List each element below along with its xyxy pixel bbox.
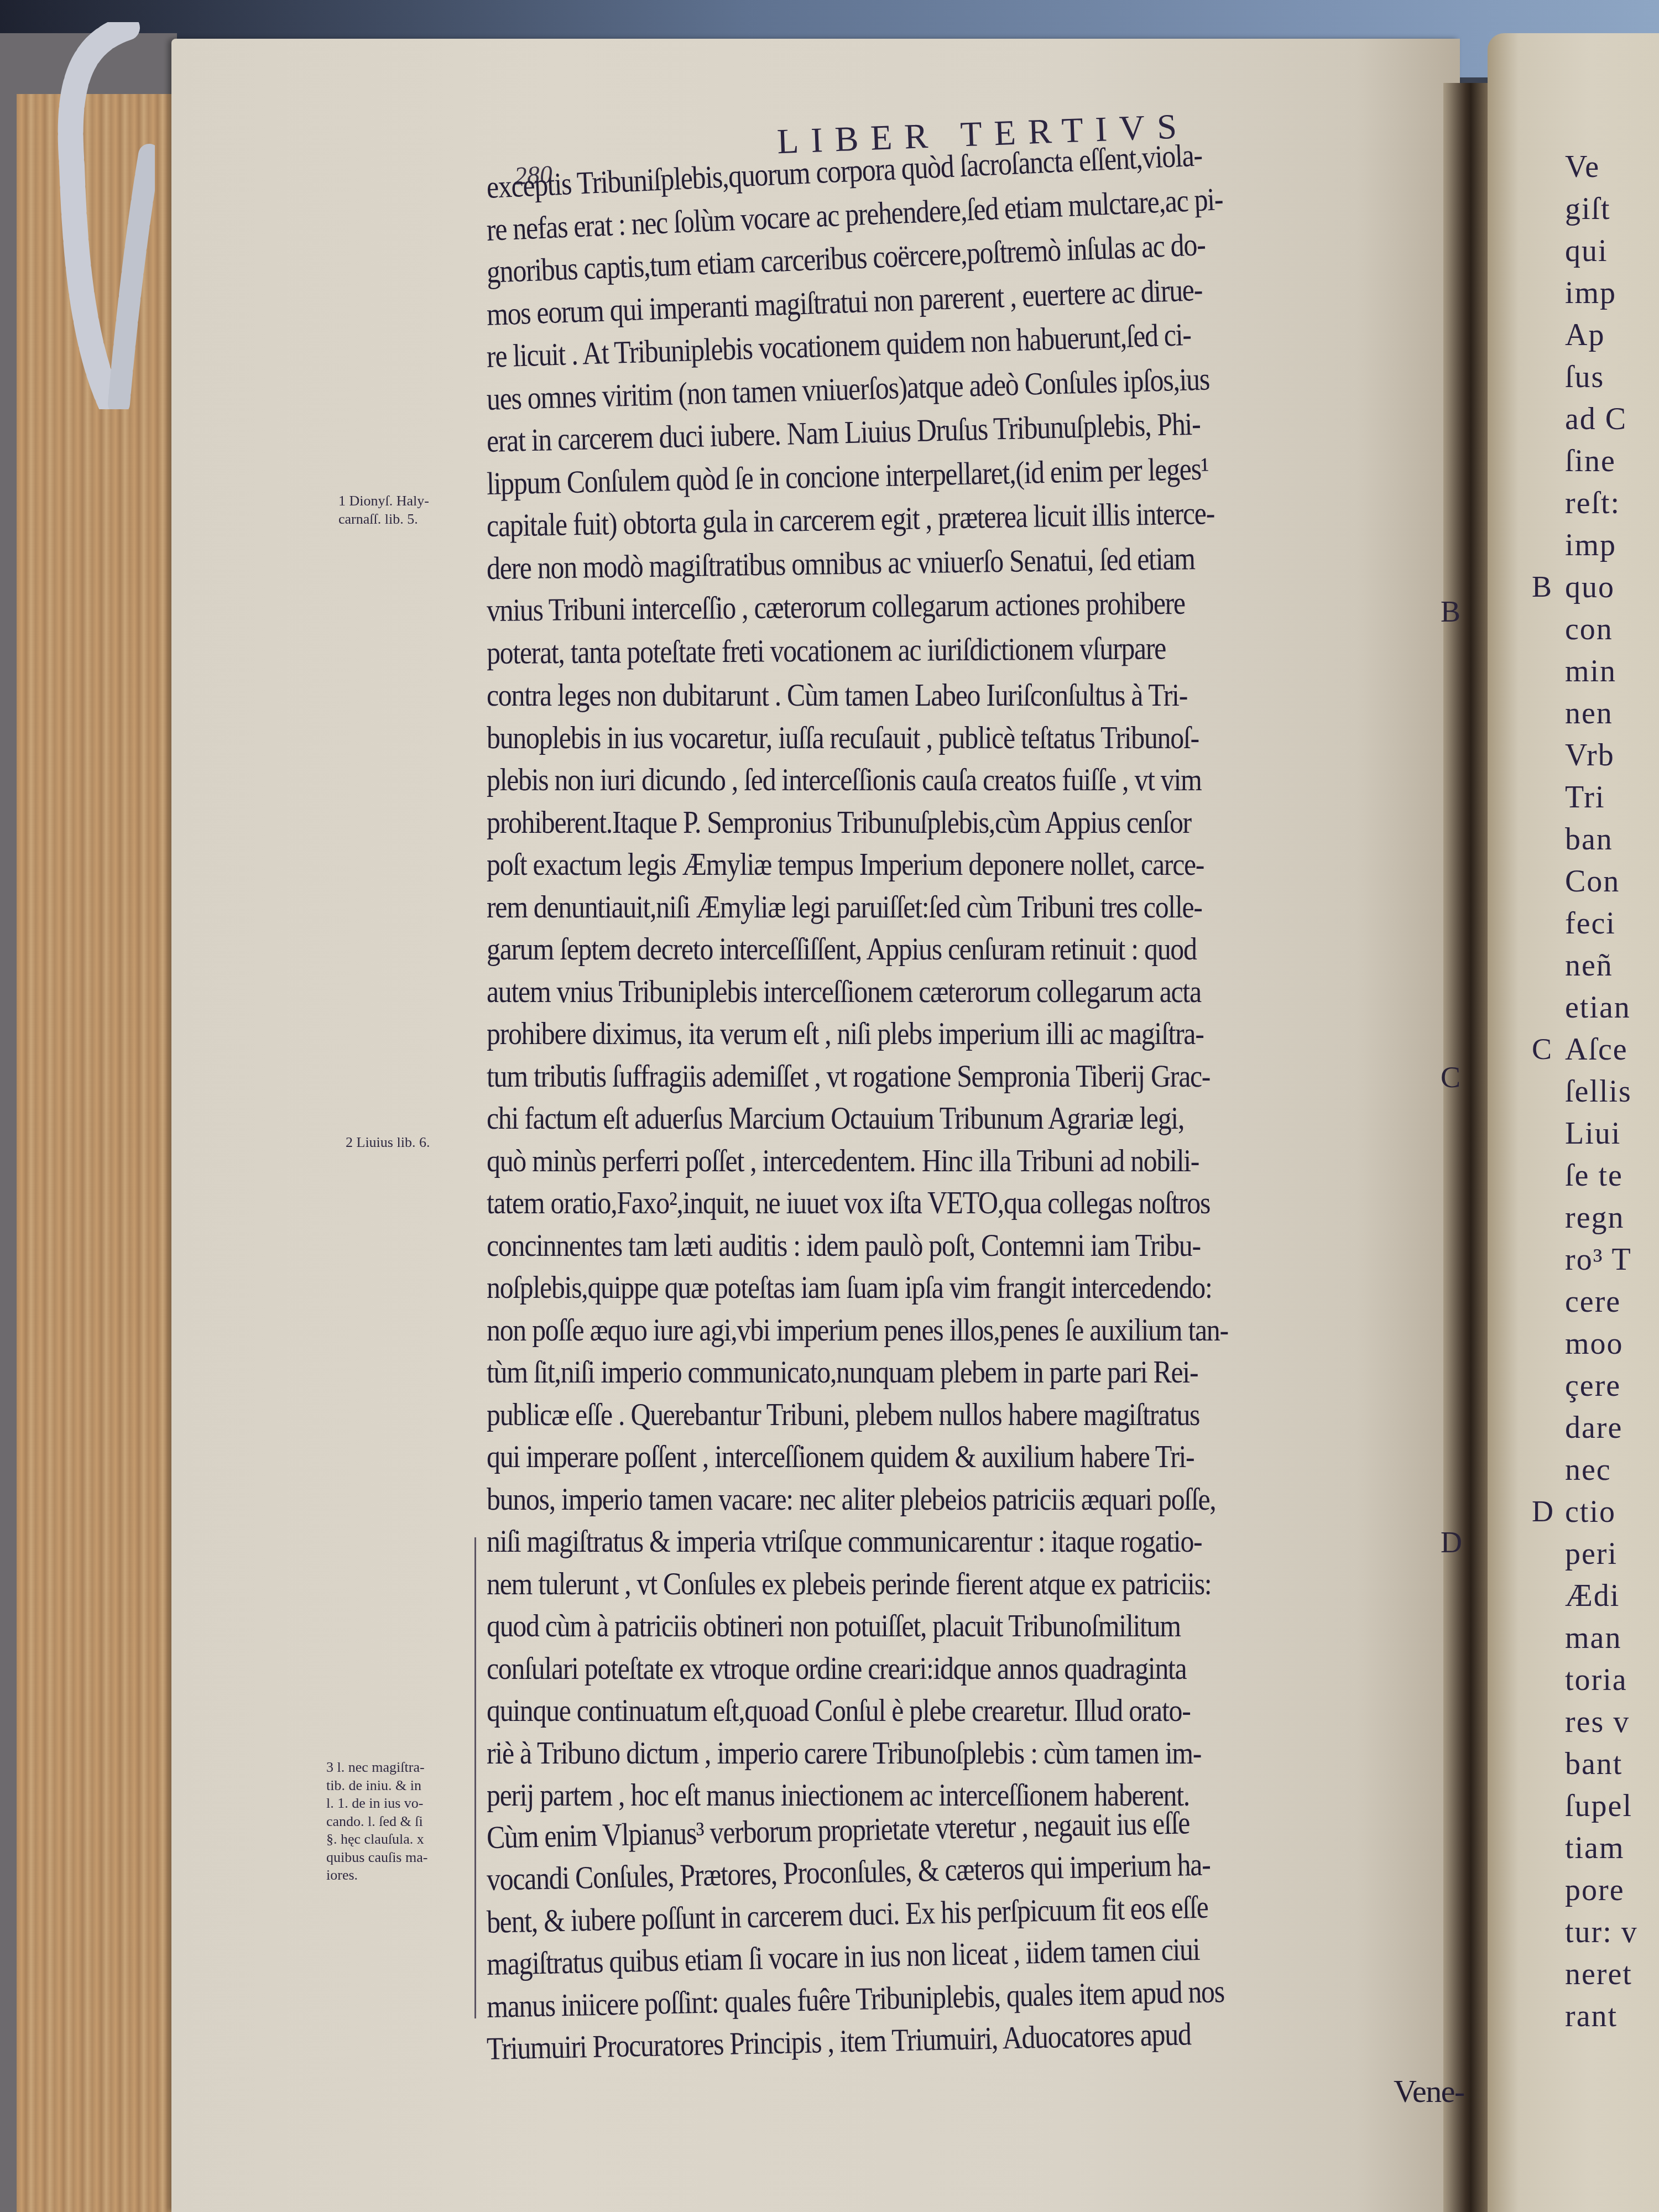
facing-text-fragment: Tri	[1565, 780, 1605, 815]
facing-text-fragment: regn	[1565, 1200, 1625, 1235]
text-line: non poſſe æquo iure agi,vbi imperium pen…	[487, 1314, 1228, 1346]
text-line: nem tulerunt , vt Conſules ex plebeis pe…	[487, 1568, 1211, 1600]
text-line: quod cùm à patriciis obtineri non potuiſ…	[487, 1610, 1181, 1642]
text-line: prohiberent.Itaque P. Sempronius Tribunu…	[487, 806, 1191, 838]
text-line: niſi magiſtratus & imperia vtriſque comm…	[487, 1525, 1202, 1557]
section-letter-b: B	[1441, 594, 1460, 629]
margin-bracket	[474, 1537, 476, 2018]
text-line: riè à Tribuno dictum , imperio carere Tr…	[487, 1737, 1201, 1769]
text-line: noſplebis,quippe quæ poteſtas iam ſuam i…	[487, 1271, 1212, 1303]
facing-text-fragment: giſt	[1565, 191, 1611, 227]
text-line: concinnentes tam læti auditis : idem pau…	[487, 1229, 1201, 1261]
facing-text-fragment: tiam	[1565, 1830, 1625, 1866]
facing-text-fragment: rant	[1565, 1999, 1618, 2034]
margin-note-2: 2 Liuius lib. 6.	[346, 1134, 489, 1152]
facing-text-fragment: tur: v	[1565, 1914, 1638, 1950]
facing-text-fragment: Vrb	[1565, 738, 1615, 773]
text-line: quò minùs perferri poſſet , intercedente…	[487, 1145, 1199, 1177]
section-letter-d: D	[1441, 1525, 1462, 1559]
catchword: Vene-	[1394, 2075, 1464, 2107]
facing-text-fragment: ad C	[1565, 401, 1627, 437]
facing-text-fragment: etian	[1565, 990, 1631, 1025]
facing-text-fragment: Ædi	[1565, 1578, 1620, 1614]
facing-text-fragment: ſellis	[1565, 1074, 1632, 1109]
facing-text-fragment: moo	[1565, 1326, 1624, 1361]
text-line: qui imperare poſſent , interceſſionem qu…	[487, 1441, 1194, 1473]
facing-text-fragment: ro³ T	[1565, 1242, 1632, 1277]
facing-text-fragment: Con	[1565, 864, 1620, 899]
facing-text-fragment: ban	[1565, 822, 1613, 857]
text-line: perij partem , hoc eſt manus iniectionem…	[487, 1779, 1190, 1811]
facing-text-fragment: neret	[1565, 1957, 1632, 1992]
text-line: tum tributis ſuffragiis ademiſſet , vt r…	[487, 1060, 1210, 1092]
facing-text-fragment: nen	[1565, 696, 1613, 731]
facing-text-fragment: cere	[1565, 1284, 1621, 1319]
text-line: garum ſeptem decreto interceſſiſſent, Ap…	[487, 933, 1197, 965]
facing-text-fragment: dare	[1565, 1410, 1623, 1446]
section-letter-c: C	[1441, 1060, 1460, 1094]
facing-text-fragment: ctio	[1565, 1494, 1616, 1530]
facing-text-fragment: quo	[1565, 570, 1615, 605]
facing-text-fragment: neñ	[1565, 948, 1613, 983]
book-page-edges	[17, 94, 179, 2212]
text-line: publicæ eſſe . Querebantur Tribuni, pleb…	[487, 1399, 1199, 1431]
text-line: tùm ſit,niſi imperio communicato,nunquam…	[487, 1356, 1198, 1388]
margin-note-3: 3 l. nec magiſtra- tib. de iniu. & in l.…	[326, 1759, 476, 1885]
margin-note-1: 1 Dionyſ. Haly- carnaſſ. lib. 5.	[338, 492, 482, 528]
facing-text-fragment: Aſce	[1565, 1032, 1628, 1067]
text-line: rem denuntiauit,niſi Æmyliæ legi paruiſſ…	[487, 891, 1202, 923]
text-line: bunos, imperio tamen vacare: nec aliter …	[487, 1483, 1216, 1515]
facing-section-letter-c: C	[1532, 1032, 1552, 1066]
facing-text-fragment: reſt:	[1565, 486, 1620, 521]
text-line: poſt exactum legis Æmyliæ tempus Imperiu…	[487, 848, 1204, 880]
facing-text-fragment: res v	[1565, 1704, 1630, 1740]
text-line: quinque continuatum eſt,quoad Conſul è p…	[487, 1694, 1190, 1726]
facing-text-fragment: imp	[1565, 275, 1616, 311]
text-line: prohibere diximus, ita verum eſt , niſi …	[487, 1018, 1204, 1050]
facing-text-fragment: Ap	[1565, 317, 1605, 353]
text-line: chi factum eſt aduerſus Marcium Octauium…	[487, 1102, 1184, 1134]
facing-text-fragment: Liui	[1565, 1116, 1621, 1151]
facing-text-fragment: bant	[1565, 1746, 1623, 1782]
text-line: autem vnius Tribuniplebis interceſſionem…	[487, 975, 1201, 1008]
facing-text-fragment: imp	[1565, 528, 1616, 563]
text-line: vnius Tribuni interceſſio , cæterorum co…	[487, 587, 1185, 627]
facing-text-fragment: ſus	[1565, 359, 1604, 395]
facing-text-fragment: nec	[1565, 1452, 1611, 1488]
text-line: poterat, tanta poteſtate freti vocatione…	[487, 632, 1166, 669]
facing-section-letter-b: B	[1532, 570, 1552, 604]
facing-text-fragment: çere	[1565, 1368, 1621, 1404]
facing-text-fragment: pore	[1565, 1872, 1625, 1908]
facing-text-fragment: con	[1565, 612, 1613, 647]
facing-text-fragment: ſine	[1565, 444, 1616, 479]
facing-text-fragment: peri	[1565, 1536, 1618, 1572]
facing-text-fragment: feci	[1565, 906, 1616, 941]
facing-text-fragment: min	[1565, 654, 1616, 689]
facing-text-fragment: man	[1565, 1620, 1621, 1656]
book-gutter	[1443, 83, 1493, 2212]
text-line: conſulari poteſtate ex vtroque ordine cr…	[487, 1652, 1186, 1684]
facing-text-fragment: ſe te	[1565, 1158, 1623, 1193]
facing-section-letter-d: D	[1532, 1494, 1553, 1528]
facing-text-fragment: Ve	[1565, 149, 1600, 185]
facing-text-fragment: qui	[1565, 233, 1608, 269]
facing-text-fragment: toria	[1565, 1662, 1627, 1698]
text-line: contra leges non dubitarunt . Cùm tamen …	[487, 679, 1187, 711]
facing-text-fragment: ſupel	[1565, 1788, 1632, 1824]
text-line: plebis non iuri dicundo , ſed interceſſi…	[487, 764, 1202, 796]
text-line: bunoplebis in ius vocaretur, iuſſa recuſ…	[487, 722, 1199, 754]
text-line: tatem oratio,Faxo²,inquit, ne iuuet vox …	[487, 1187, 1210, 1219]
